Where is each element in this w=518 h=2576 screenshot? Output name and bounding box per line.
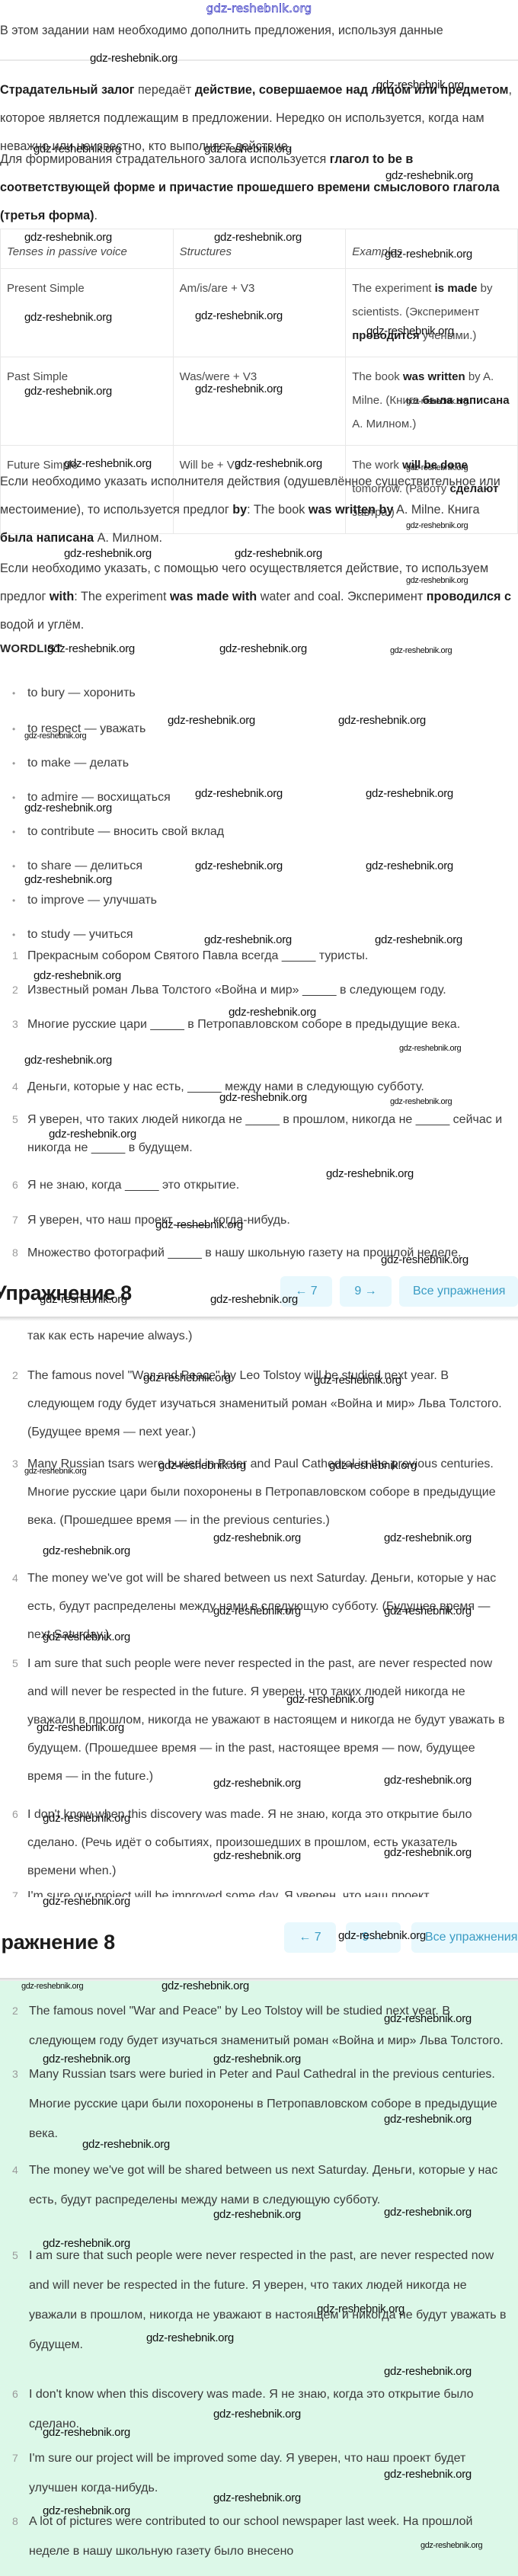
explanation-number: 6 — [12, 1800, 18, 1829]
task-item: 8Множество фотографий _____ в нашу школь… — [12, 1239, 507, 1267]
theory-text: : The experiment — [74, 590, 170, 603]
prev-exercise-button[interactable]: ← 7 — [284, 1922, 336, 1953]
column-header: Examples — [346, 229, 518, 269]
task-number: 1 — [12, 942, 18, 970]
task-number: 5 — [12, 1106, 18, 1134]
explanation-item: 4The money we've got will be shared betw… — [12, 1564, 507, 1649]
wordlist-item-text: to share — делиться — [27, 859, 142, 873]
watermark: gdz-reshebnik.org — [24, 1054, 112, 1067]
watermark: gdz-reshebnik.org — [338, 714, 426, 727]
explanation-number: 3 — [12, 1450, 18, 1478]
task-number: 6 — [12, 1171, 18, 1199]
wordlist-title: WORDLIST — [0, 642, 62, 655]
table-header-row: Tenses in passive voice Structures Examp… — [1, 229, 518, 269]
watermark: gdz-reshebnik.org — [366, 859, 453, 872]
answer-number: 3 — [12, 2059, 18, 2089]
theory-term: действие, совершаемое над лицом или пред… — [195, 83, 509, 97]
task-item: 6Я не знаю, когда _____ это открытие. — [12, 1171, 507, 1199]
divider — [0, 59, 518, 61]
answer-text: A lot of pictures were contributed to ou… — [29, 2507, 511, 2566]
example-text: The experiment — [352, 282, 434, 295]
task-text: Прекрасным собором Святого Павла всегда … — [27, 942, 507, 970]
task-item: 1Прекрасным собором Святого Павла всегда… — [12, 942, 507, 970]
watermark: gdz-reshebnik.org — [366, 787, 453, 800]
example-text: The book — [352, 370, 403, 383]
explanation-item: 2The famous novel "War and Peace" by Leo… — [12, 1362, 507, 1446]
theory-text: передаёт — [135, 83, 195, 97]
theory-term: by — [232, 503, 247, 517]
theory-text: А. Милном. — [94, 531, 162, 545]
structure-cell: Was/were + V3 — [173, 357, 346, 446]
answer-number: 7 — [12, 2443, 18, 2473]
answer-item: 2The famous novel "War and Peace" by Leo… — [12, 1996, 511, 2056]
theory-term: проводился с — [427, 590, 511, 603]
task-number: 3 — [12, 1010, 18, 1038]
theory-text: Для формирования страдательного залога и… — [0, 152, 330, 166]
example-cell: The experiment is made by scientists. (Э… — [346, 269, 518, 357]
task-text: Я не знаю, когда _____ это открытие. — [27, 1171, 507, 1199]
answer-number: 6 — [12, 2379, 18, 2409]
explanation-text: так как есть наречие always.) — [27, 1322, 507, 1350]
task-item: 3Многие русские цари _____ в Петропавлов… — [12, 1010, 507, 1038]
task-item: 5Я уверен, что таких людей никогда не __… — [12, 1106, 507, 1162]
intro-text: В этом задании нам необходимо дополнить … — [0, 17, 514, 45]
answer-text: I'm sure our project will be improved so… — [29, 2443, 511, 2503]
theory-text: water and coal. Эксперимент — [257, 590, 427, 603]
answer-text: The famous novel "War and Peace" by Leo … — [29, 1996, 511, 2056]
explanation-text: I don't know when this discovery was mad… — [27, 1800, 507, 1885]
theory-text: A. Milne. Книга — [393, 503, 479, 517]
theory-text: водой и углём. — [0, 618, 84, 632]
example-text: А. Милном.) — [352, 418, 416, 430]
explanation-number: 5 — [12, 1650, 18, 1678]
task-number: 4 — [12, 1073, 18, 1101]
watermark: gdz-reshebnik.org — [219, 642, 307, 655]
task-text: Деньги, которые у нас есть, _____ между … — [27, 1073, 507, 1101]
answer-text: I don't know when this discovery was mad… — [29, 2379, 511, 2439]
all-exercises-button[interactable]: Все упражнения — [399, 1276, 518, 1307]
task-number: 8 — [12, 1239, 18, 1267]
tense-cell: Past Simple — [1, 357, 174, 446]
task-number: 7 — [12, 1206, 18, 1234]
wordlist-item-text: to make — делать — [27, 757, 129, 770]
exercise-title: Упражнение 8 — [0, 1282, 132, 1305]
exercise-header: Упражнение 8 ← 7 9 → Все упражнения — [0, 1271, 518, 1317]
theory-term: was written by — [309, 503, 394, 517]
task-number: 2 — [12, 976, 18, 1004]
example-bold: is made — [435, 282, 478, 295]
column-header: Tenses in passive voice — [1, 229, 174, 269]
theory-text: : The book — [247, 503, 309, 517]
wordlist-item-text: to respect — уважать — [27, 722, 145, 736]
explanation-text: The money we've got will be shared betwe… — [27, 1564, 507, 1649]
example-bold: была написана — [422, 394, 509, 407]
task-item: 4Деньги, которые у нас есть, _____ между… — [12, 1073, 507, 1101]
header-shadow — [0, 1317, 518, 1321]
table-row: Present Simple Am/is/are + V3 The experi… — [1, 269, 518, 357]
answer-text: Many Russian tsars were buried in Peter … — [29, 2059, 511, 2149]
wordlist-item-text: to admire — восхищаться — [27, 791, 171, 805]
theory-term: with — [50, 590, 74, 603]
answer-item: 4The money we've got will be shared betw… — [12, 2155, 511, 2215]
explanation-tail: так как есть наречие always.) — [12, 1322, 507, 1350]
task-text: Я уверен, что таких людей никогда не ___… — [27, 1106, 507, 1162]
task-item: 7Я уверен, что наш проект _____ когда-ни… — [12, 1206, 507, 1234]
answer-text: I am sure that such people were never re… — [29, 2241, 511, 2360]
theory-paragraph-2: Для формирования страдательного залога и… — [0, 146, 514, 230]
exercise-title: Упражнение 8 — [0, 1931, 115, 1954]
column-header: Structures — [173, 229, 346, 269]
answer-number: 8 — [12, 2507, 18, 2536]
watermark: gdz-reshebnik.org — [90, 52, 177, 65]
wordlist-item-text: to contribute — вносить свой вклад — [27, 825, 224, 839]
explanation-text: Many Russian tsars were buried in Peter … — [27, 1450, 507, 1534]
watermark: gdz-reshebnik.org — [399, 1044, 461, 1053]
answer-number: 4 — [12, 2155, 18, 2185]
theory-paragraph-3: Если необходимо указать исполнителя дейс… — [0, 468, 514, 552]
prev-exercise-button[interactable]: ← 7 — [280, 1276, 332, 1307]
structure-cell: Am/is/are + V3 — [173, 269, 346, 357]
next-exercise-button[interactable]: 9 → — [340, 1276, 392, 1307]
theory-paragraph-4: Если необходимо указать, с помощью чего … — [0, 555, 514, 639]
task-text: Известный роман Льва Толстого «Война и м… — [27, 976, 507, 1004]
table-row: Past Simple Was/were + V3 The book was w… — [1, 357, 518, 446]
answer-item: 5I am sure that such people were never r… — [12, 2241, 511, 2360]
theory-term: была написана — [0, 531, 94, 545]
answer-item: 6I don't know when this discovery was ma… — [12, 2379, 511, 2439]
exercise-header: Упражнение 8 ← 7 9 → Все упражнения — [0, 1897, 518, 1978]
answer-item: 3Many Russian tsars were buried in Peter… — [12, 2059, 511, 2149]
task-text: Я уверен, что наш проект _____ когда-ниб… — [27, 1206, 507, 1234]
watermark: gdz-reshebnik.org — [43, 1544, 130, 1557]
task-text: Многие русские цари _____ в Петропавловс… — [27, 1010, 507, 1038]
watermark: gdz-reshebnik.org — [168, 714, 255, 727]
watermark: gdz-reshebnik.org — [390, 646, 452, 655]
wordlist-item-text: to improve — улучшать — [27, 894, 157, 907]
answer-number: 2 — [12, 1996, 18, 2026]
all-exercises-button[interactable]: Все упражнения — [411, 1922, 518, 1953]
watermark: gdz-reshebnik.org — [195, 859, 283, 872]
tense-cell: Present Simple — [1, 269, 174, 357]
example-cell: The book was written by A. Milne. (Книга… — [346, 357, 518, 446]
answer-text: The money we've got will be shared betwe… — [29, 2155, 511, 2215]
explanation-text: The famous novel "War and Peace" by Leo … — [27, 1362, 507, 1446]
wordlist-item-text: to bury — хоронить — [27, 686, 136, 700]
task-text: Множество фотографий _____ в нашу школьн… — [27, 1239, 507, 1267]
task-item: 2Известный роман Льва Толстого «Война и … — [12, 976, 507, 1004]
example-text: учеными.) — [420, 329, 477, 342]
explanation-number: 2 — [12, 1362, 18, 1390]
answer-item: 8A lot of pictures were contributed to o… — [12, 2507, 511, 2566]
theory-text: . — [94, 209, 98, 222]
next-exercise-button[interactable]: 9 → — [346, 1922, 401, 1953]
example-bold: проводится — [352, 329, 419, 342]
explanation-text: I am sure that such people were never re… — [27, 1650, 507, 1790]
theory-term: Страдательный залог — [0, 83, 135, 97]
wordlist-item-text: to study — учиться — [27, 928, 133, 942]
example-bold: was written — [403, 370, 465, 383]
explanation-item: 5I am sure that such people were never r… — [12, 1650, 507, 1790]
watermark: gdz-reshebnik.org — [24, 873, 112, 886]
site-watermark-top: gdz-reshebnik.org — [0, 2, 518, 15]
explanation-number: 4 — [12, 1564, 18, 1592]
theory-term: was made with — [170, 590, 257, 603]
explanation-item: 6I don't know when this discovery was ma… — [12, 1800, 507, 1885]
answer-number: 5 — [12, 2241, 18, 2270]
answer-item: 7I'm sure our project will be improved s… — [12, 2443, 511, 2503]
watermark: gdz-reshebnik.org — [195, 787, 283, 800]
explanation-item: 3Many Russian tsars were buried in Peter… — [12, 1450, 507, 1534]
